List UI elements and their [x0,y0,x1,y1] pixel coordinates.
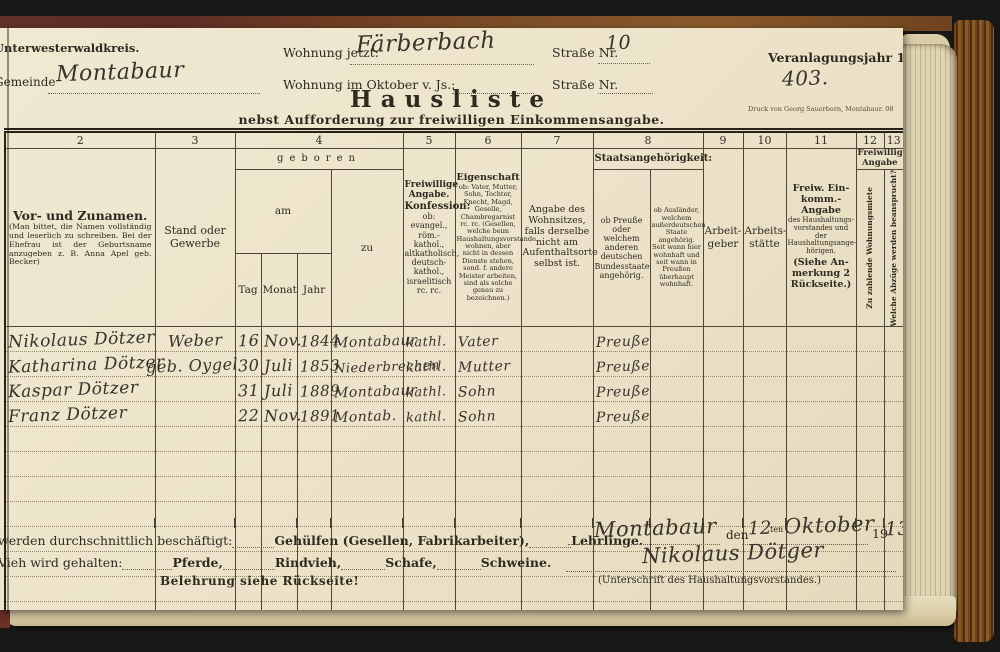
cell-name: Franz Dötzer [8,403,128,427]
empty-row [5,427,903,452]
col-header-auslaender: ob Ausländer, welchem außerdeutschen Sta… [650,169,703,327]
col-num-3: 3 [155,131,235,149]
empty-row [5,452,903,477]
cell-staat: Preuße [595,358,650,376]
belehrung-note: Belehrung siehe Rückseite! [160,574,359,588]
cell-tag: 31 [237,381,259,401]
year-handwritten: 13 [885,518,903,541]
col-num-7: 7 [521,131,593,149]
form-sheet: Unterwesterwaldkreis. Wohnung jetzt: Fär… [0,28,903,610]
place-handwritten: Montabaur [594,514,717,542]
cell-konfession: kathl. [405,384,446,400]
table-row: Kaspar Dötzer 31 Juli 1889 Montabaur kat… [5,377,903,402]
cell-geburtsort: Montabaur [333,383,417,402]
cell-eigenschaft: Mutter [457,358,510,376]
cell-staat: Preuße [595,333,650,351]
cell-konfession: kathl. [405,409,446,425]
col-header-zu: zu [331,169,403,327]
table-row: Katharina Dötzer geb. Oygel 30 Juli 1853… [5,352,903,377]
cell-stand: geb. Oygel [145,355,238,377]
col-header-freiwillige-angabe: Freiwillige Angabe [856,149,903,170]
table-row: Franz Dötzer 22 Nov. 1891 Montab. kathl.… [5,402,903,427]
cell-monat: Juli [263,381,293,401]
printer-note: Druck von Georg Sauerborn, Montabaur. 08 [748,105,894,113]
form-subtitle: nebst Aufforderung zur freiwilligen Eink… [0,112,903,127]
col-header-jahr: Jahr [297,254,331,327]
empty-row [5,477,903,502]
kreis-label: Unterwesterwaldkreis. [0,41,139,55]
col-num-9: 9 [703,131,743,149]
cell-geburtsort: Montabaur [333,333,417,352]
col-header-names: Vor- und Zunamen. (Man bittet, die Namen… [5,149,155,327]
col-header-arbeitsstaette: Arbeits- stätte [743,149,786,327]
col-header-am: am [235,169,331,254]
col-header-geboren: geboren [235,149,403,170]
ten-suffix: ten [770,525,783,534]
assessment-year-label: Veranlagungsjahr 19013. [768,43,903,67]
street-no-line [598,62,650,64]
cell-name: Kaspar Dötzer [8,378,139,403]
col-num-11: 11 [786,131,856,149]
livestock-line: Vieh wird gehalten:Pferde,Rindvieh,Schaf… [0,555,551,570]
gemeinde-value-handwritten: Montabaur [56,58,185,87]
col-header-konfession: Freiwillige Angabe. Konfession: ob: evan… [403,149,455,327]
signature-line [566,570,896,572]
current-address-line [350,63,534,65]
cell-monat: Nov. [263,405,301,425]
signature-caption: (Unterschrift des Haushaltungsvorstandes… [598,575,821,586]
cell-staat: Preuße [595,383,650,401]
page-stack-right [895,44,957,619]
current-address-value-handwritten: Färberbach [356,28,496,58]
col-header-eigenschaft: Eigenschaft ob: Vater, Mutter, Sohn, Toc… [455,149,521,327]
col-num-12: 12 [856,131,884,149]
col-header-einkommensangabe: Freiw. Ein- komm.-Angabe des Haushaltung… [786,149,856,327]
cell-monat: Juli [263,356,293,376]
cell-eigenschaft: Vater [457,333,498,350]
col-header-tag: Tag [235,254,261,327]
cell-monat: Nov. [263,330,301,350]
cell-konfession: kathl. [405,359,446,375]
col-num-5: 5 [403,131,455,149]
col-header-stand: Stand oder Gewerbe [155,149,235,327]
col-num-10: 10 [743,131,786,149]
col-header-wohnungsmiete: Zu zahlende Wohnungsmiete [856,169,884,327]
cell-name: Nikolaus Dötzer [8,328,155,353]
day-handwritten: 12 [748,518,773,540]
cell-staat: Preuße [595,408,650,426]
cell-konfession: kathl. [405,334,446,350]
table-row: Nikolaus Dötzer Weber 16 Nov. 1844 Monta… [5,327,903,352]
col-header-monat: Monat [261,254,297,327]
col-num-4: 4 [235,131,403,149]
column-numbers-row: 2 3 4 5 6 7 8 9 10 11 12 13 [5,131,903,149]
book-cover-right-edge [954,20,994,642]
month-handwritten: Oktober [784,511,875,538]
cell-tag: 16 [237,331,259,351]
scanned-book-photo: Unterwesterwaldkreis. Wohnung jetzt: Fär… [0,0,1000,652]
col-num-2: 2 [5,131,155,149]
cover-corner [0,610,10,628]
cell-eigenschaft: Sohn [457,408,496,425]
col-num-6: 6 [455,131,521,149]
cell-name: Katharina Dötzer [8,352,165,377]
cell-tag: 22 [237,406,259,426]
employed-line: werden durchschnittlich beschäftigt:Gehü… [0,533,643,548]
empty-row [5,602,903,610]
col-num-13: 13 [884,131,903,149]
street-no-value-handwritten: 10 [606,32,632,55]
col-header-arbeitgeber: Arbeit- geber [703,149,743,327]
cell-geburtsort: Montab. [333,408,396,426]
cell-stand: Weber [167,330,222,351]
cell-tag: 30 [237,356,259,376]
column-line-ticks [520,518,521,528]
cell-eigenschaft: Sohn [457,383,496,400]
col-header-abzuege: Welche Abzüge werden beansprucht? [884,169,903,327]
col-header-staatsangehoerigkeit: Staatsangehörigkeit: [593,149,703,170]
col-num-8: 8 [593,131,703,149]
col-header-preusse: ob Preuße oder welchem anderen deutschen… [593,169,650,327]
